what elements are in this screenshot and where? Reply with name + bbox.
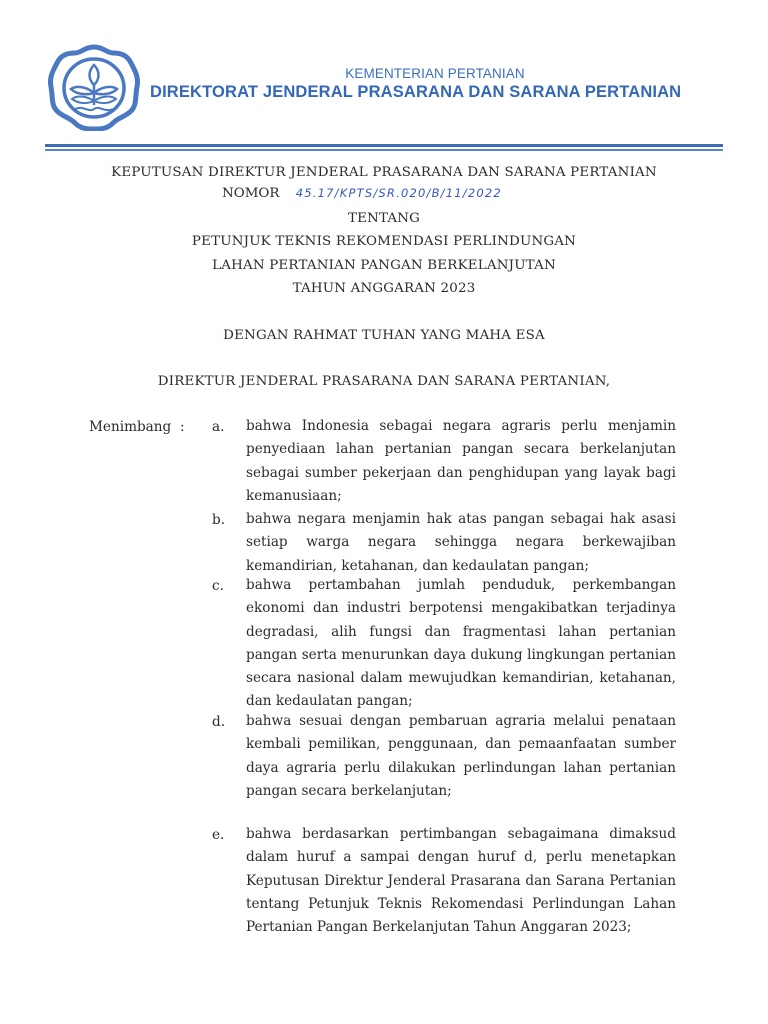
nomor-label: NOMOR — [222, 186, 279, 201]
item-letter-e: e. — [212, 827, 224, 843]
consideration-d: bahwa sesuai dengan pembaruan agraria me… — [246, 710, 676, 803]
item-letter-b: b. — [212, 512, 225, 528]
menimbang-label: Menimbang — [89, 419, 171, 435]
item-letter-d: d. — [212, 714, 225, 730]
decree-number: NOMOR 45.17/KPTS/SR.020/B/11/2022 — [222, 186, 502, 201]
ministry-name: KEMENTERIAN PERTANIAN — [330, 66, 540, 81]
authority: DIREKTUR JENDERAL PRASARANA DAN SARANA P… — [0, 374, 768, 389]
item-letter-c: c. — [212, 578, 224, 594]
directorate-name: DIREKTORAT JENDERAL PRASARANA DAN SARANA… — [150, 83, 710, 102]
tentang-heading: TENTANG — [0, 211, 768, 226]
consideration-c: bahwa pertambahan jumlah penduduk, perke… — [246, 574, 676, 714]
consideration-a: bahwa Indonesia sebagai negara agraris p… — [246, 415, 676, 508]
decree-title: KEPUTUSAN DIREKTUR JENDERAL PRASARANA DA… — [0, 165, 768, 180]
nomor-handwritten-value: 45.17/KPTS/SR.020/B/11/2022 — [296, 186, 502, 200]
consideration-e: bahwa berdasarkan pertimbangan sebagaima… — [246, 823, 676, 939]
letterhead-divider — [45, 144, 723, 147]
invocation: DENGAN RAHMAT TUHAN YANG MAHA ESA — [0, 328, 768, 343]
subject-line-3: TAHUN ANGGARAN 2023 — [0, 281, 768, 296]
ministry-logo-icon — [47, 43, 141, 131]
item-letter-a: a. — [212, 419, 224, 435]
subject-line-1: PETUNJUK TEKNIS REKOMENDASI PERLINDUNGAN — [0, 234, 768, 249]
menimbang-colon: : — [180, 419, 185, 435]
subject-line-2: LAHAN PERTANIAN PANGAN BERKELANJUTAN — [0, 258, 768, 273]
letterhead-divider-thin — [45, 149, 723, 151]
consideration-b: bahwa negara menjamin hak atas pangan se… — [246, 508, 676, 578]
